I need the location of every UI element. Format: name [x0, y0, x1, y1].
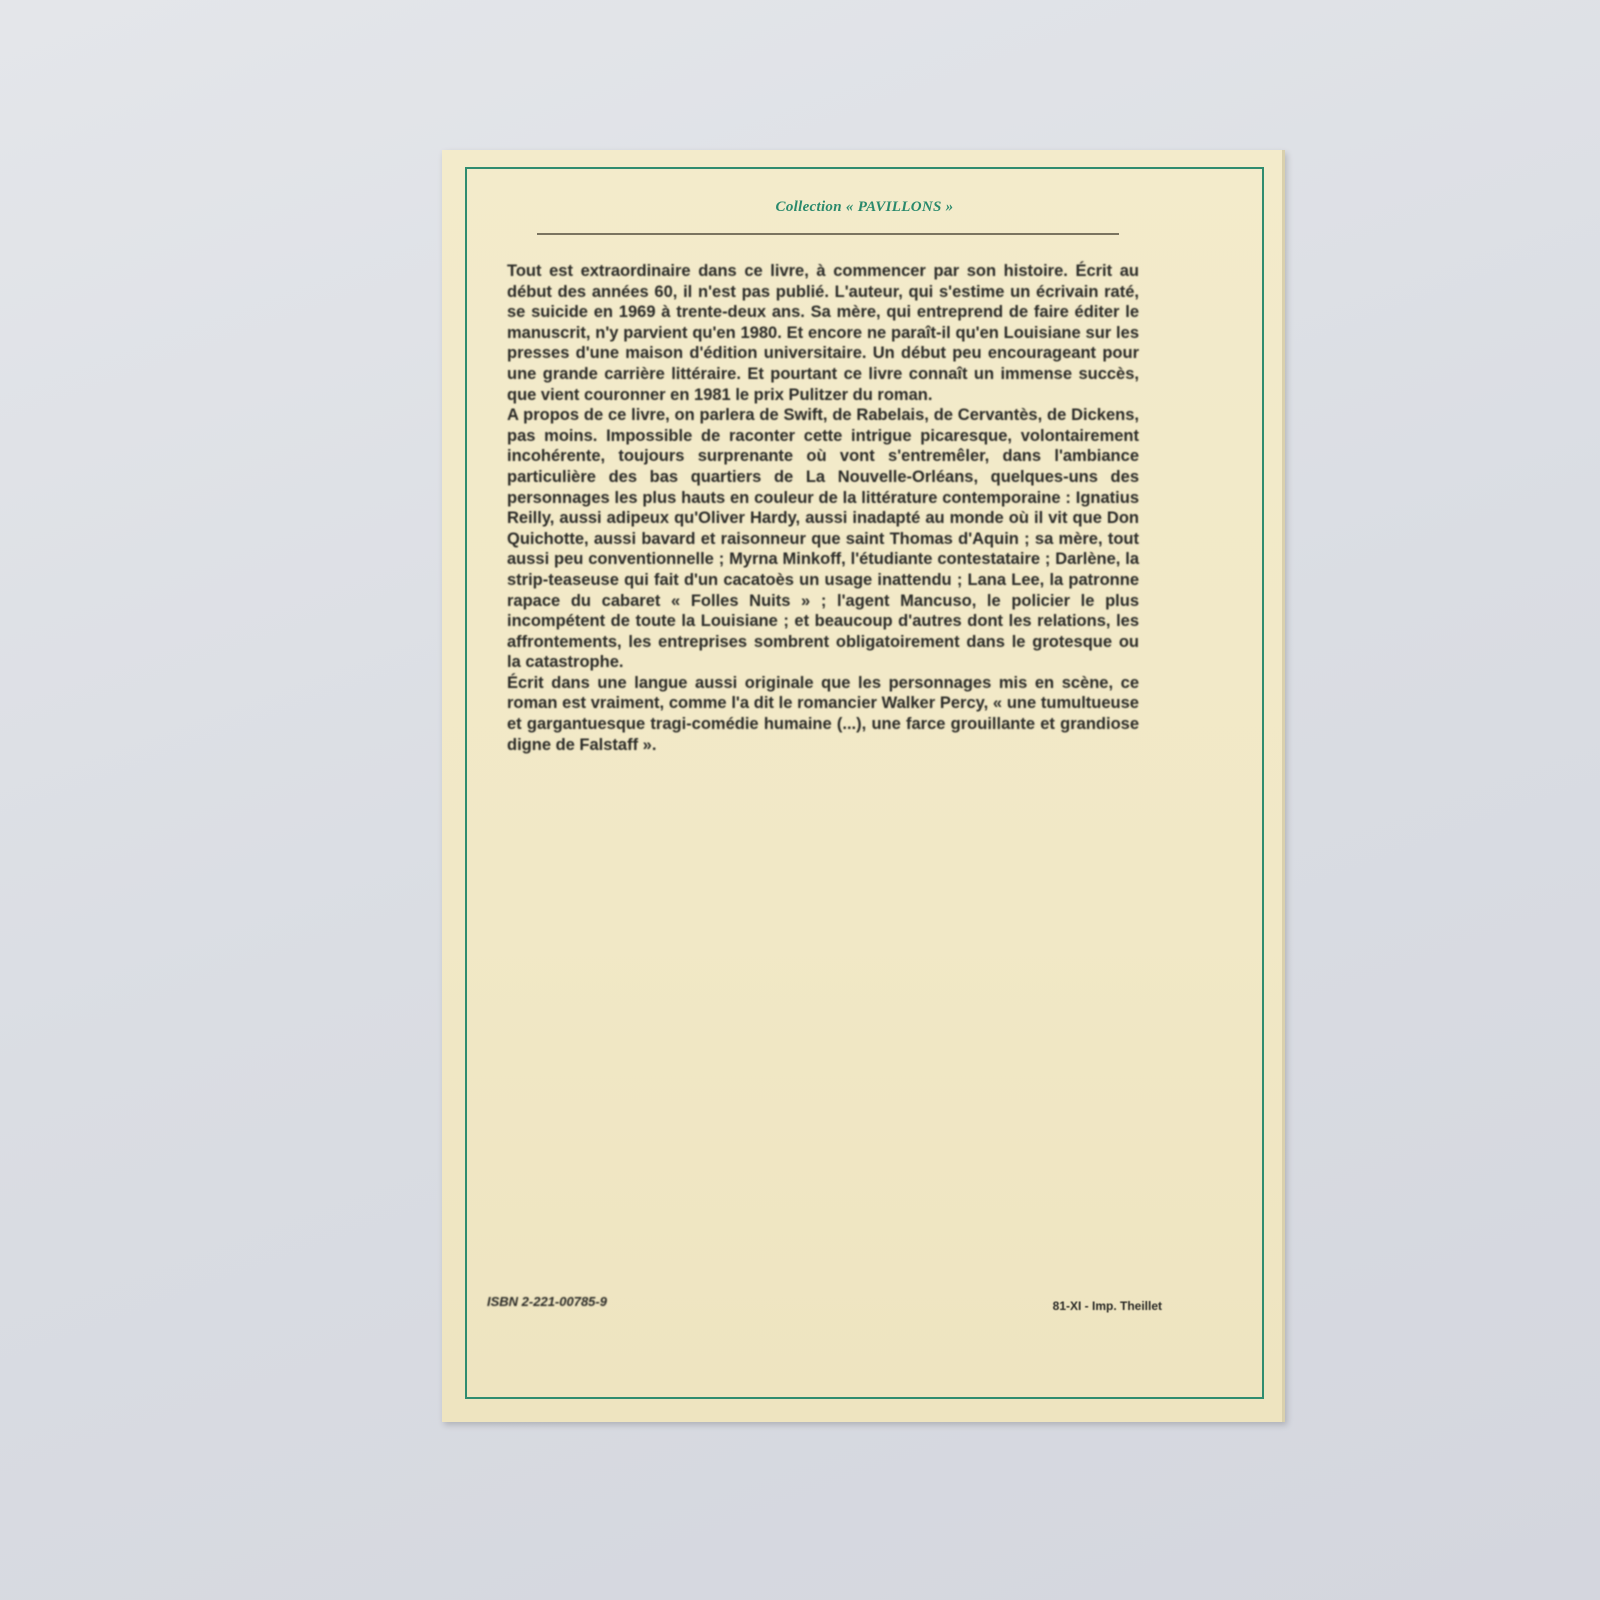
- blurb-paragraph: A propos de ce livre, on parlera de Swif…: [507, 405, 1139, 673]
- isbn-label: ISBN 2-221-00785-9: [487, 1294, 607, 1309]
- printer-label: 81-XI - Imp. Theillet: [1053, 1299, 1162, 1313]
- blurb-text: Tout est extraordinaire dans ce livre, à…: [507, 261, 1139, 755]
- blurb-paragraph: Écrit dans une langue aussi originale qu…: [507, 673, 1139, 755]
- collection-title: Collection « PAVILLONS »: [467, 199, 1262, 216]
- book-back-cover: Collection « PAVILLONS » Tout est extrao…: [442, 150, 1285, 1422]
- green-border-frame: Collection « PAVILLONS » Tout est extrao…: [465, 167, 1264, 1399]
- blurb-paragraph: Tout est extraordinaire dans ce livre, à…: [507, 261, 1139, 405]
- title-divider: [537, 233, 1119, 235]
